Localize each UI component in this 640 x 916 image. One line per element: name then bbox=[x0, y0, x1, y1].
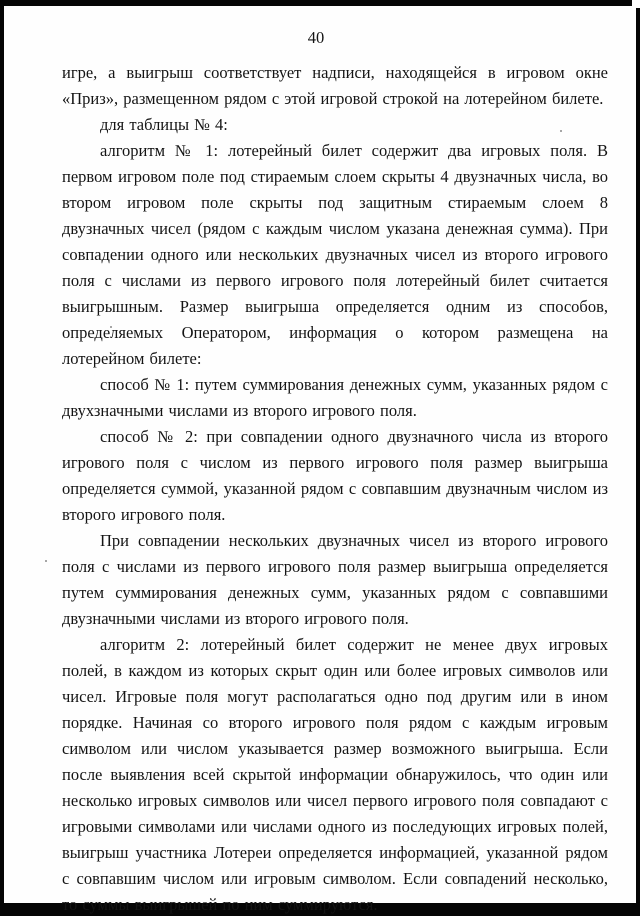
paragraph-2: для таблицы № 4: bbox=[62, 112, 608, 138]
paragraph-1: игре, а выигрыш соответствует надписи, н… bbox=[62, 60, 608, 112]
paragraph-5: способ № 2: при совпадении одного двузна… bbox=[62, 424, 608, 528]
paragraph-6: При совпадении нескольких двузначных чис… bbox=[62, 528, 608, 632]
paragraph-7: алгоритм 2: лотерейный билет содержит не… bbox=[62, 632, 608, 916]
scan-speck bbox=[45, 560, 47, 562]
scan-edge-left bbox=[0, 0, 4, 916]
paragraph-3: алгоритм № 1: лотерейный билет содержит … bbox=[62, 138, 608, 372]
page-number: 40 bbox=[0, 25, 632, 51]
scanned-document-page: 40 игре, а выигрыш соответствует надписи… bbox=[0, 0, 640, 916]
document-body-text: игре, а выигрыш соответствует надписи, н… bbox=[62, 60, 608, 916]
scan-edge-right bbox=[636, 8, 640, 916]
scan-edge-top bbox=[0, 0, 632, 6]
paragraph-4: способ № 1: путем суммирования денежных … bbox=[62, 372, 608, 424]
